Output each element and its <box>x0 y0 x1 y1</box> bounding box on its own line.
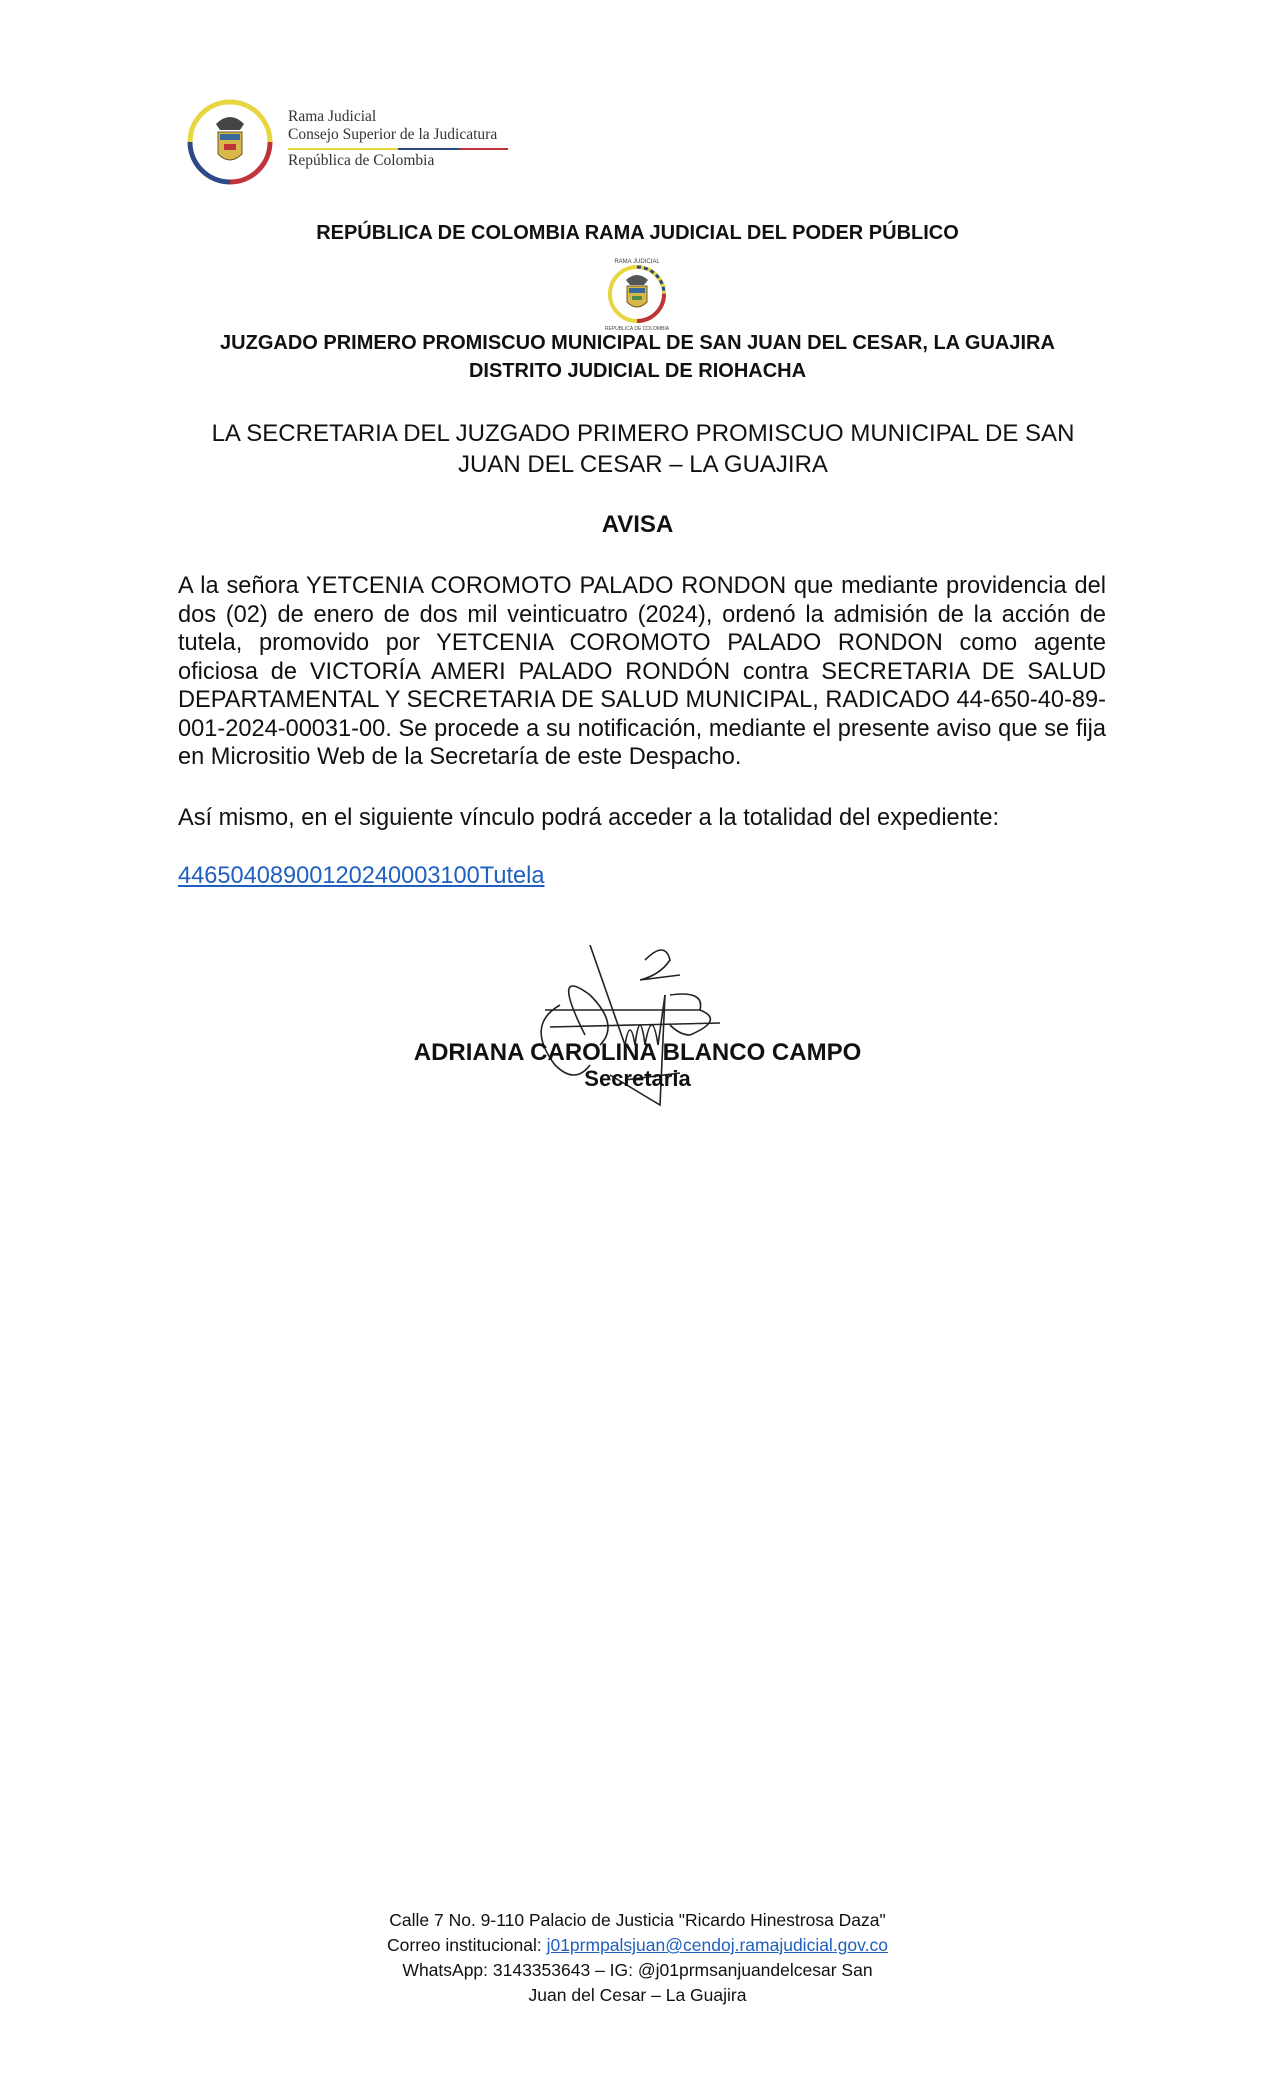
notice-paragraph: A la señora YETCENIA COROMOTO PALADO RON… <box>178 572 1106 772</box>
intro-line-2: JUAN DEL CESAR – LA GUAJIRA <box>180 449 1106 480</box>
intro-heading: LA SECRETARIA DEL JUZGADO PRIMERO PROMIS… <box>180 418 1106 480</box>
svg-text:RAMA JUDICIAL: RAMA JUDICIAL <box>614 259 660 265</box>
tricolor-rule <box>288 148 508 150</box>
letterhead-line-1: Rama Judicial <box>288 108 497 126</box>
case-file-link[interactable]: 44650408900120240003100Tutela <box>178 862 1106 891</box>
access-paragraph: Así mismo, en el siguiente vínculo podrá… <box>178 804 1106 833</box>
letterhead-line-2: Consejo Superior de la Judicatura <box>288 126 497 144</box>
footer-contact: WhatsApp: 3143353643 – IG: @j01prmsanjua… <box>0 1958 1275 1983</box>
signer-name: ADRIANA CAROLINA BLANCO CAMPO <box>0 1039 1275 1067</box>
rama-judicial-logo: Rama Judicial Consejo Superior de la Jud… <box>180 96 520 188</box>
footer-email-line: Correo institucional: j01prmpalsjuan@cen… <box>0 1933 1275 1958</box>
rama-judicial-seal: RAMA JUDICIAL REPÚBLICA DE COLOMBIA <box>582 258 692 330</box>
intro-line-1: LA SECRETARIA DEL JUZGADO PRIMERO PROMIS… <box>180 418 1106 449</box>
coat-of-arms-icon <box>180 96 280 188</box>
svg-text:REPÚBLICA DE COLOMBIA: REPÚBLICA DE COLOMBIA <box>605 325 670 330</box>
letterhead-line-3: República de Colombia <box>288 152 497 170</box>
seal-icon: RAMA JUDICIAL REPÚBLICA DE COLOMBIA <box>582 258 692 330</box>
footer-city: Juan del Cesar – La Guajira <box>0 1983 1275 2008</box>
document-header-title: REPÚBLICA DE COLOMBIA RAMA JUDICIAL DEL … <box>0 222 1275 245</box>
court-name: JUZGADO PRIMERO PROMISCUO MUNICIPAL DE S… <box>0 332 1275 355</box>
notice-title: AVISA <box>0 511 1275 539</box>
email-link[interactable]: j01prmpalsjuan@cendoj.ramajudicial.gov.c… <box>547 1935 888 1955</box>
footer-address: Calle 7 No. 9-110 Palacio de Justicia "R… <box>0 1908 1275 1933</box>
footer: Calle 7 No. 9-110 Palacio de Justicia "R… <box>0 1908 1275 2008</box>
judicial-district: DISTRITO JUDICIAL DE RIOHACHA <box>0 360 1275 383</box>
email-label: Correo institucional: <box>387 1935 547 1955</box>
signer-role: Secretaria <box>0 1066 1275 1092</box>
